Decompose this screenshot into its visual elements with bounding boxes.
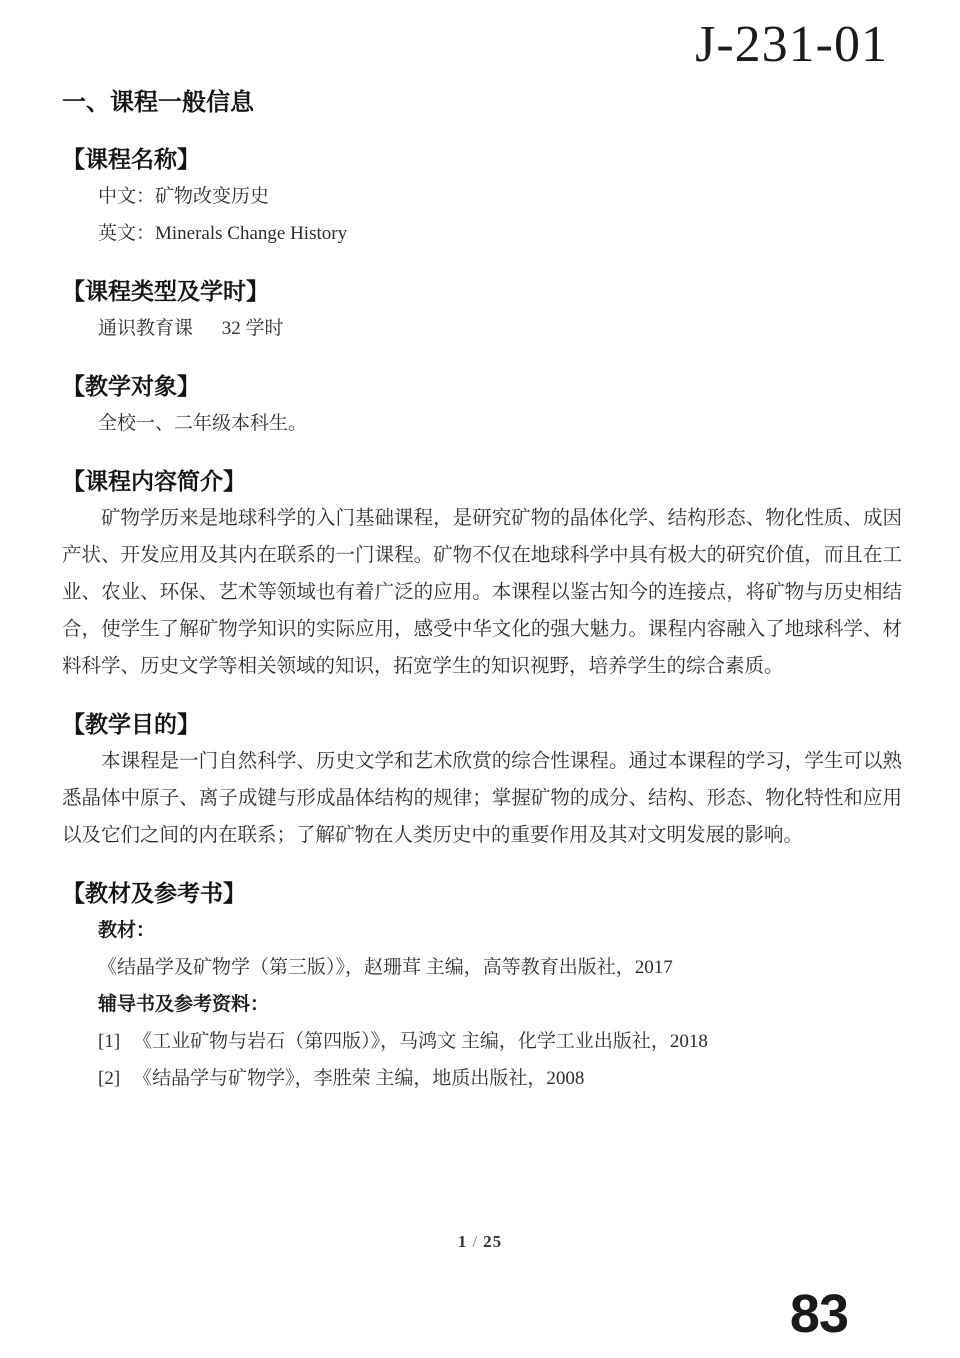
document-page: J-231-01 一、课程一般信息 【课程名称】 中文：矿物改变历史 英文：Mi… (0, 0, 960, 1358)
section-materials: 【教材及参考书】 教材： 《结晶学及矿物学（第三版）》，赵珊茸 主编，高等教育出… (62, 878, 902, 1097)
reference-label: 辅导书及参考资料： (62, 986, 902, 1023)
reference-index: [2] (98, 1068, 120, 1089)
page-separator: / (472, 1232, 478, 1251)
section-course-type: 【课程类型及学时】 通识教育课 32 学时 (62, 276, 902, 347)
audience-text: 全校一、二年级本科生。 (62, 405, 902, 442)
doc-code: J-231-01 (695, 16, 888, 74)
course-name-english: 英文：Minerals Change History (62, 215, 902, 252)
textbook-entry: 《结晶学及矿物学（第三版）》，赵珊茸 主编，高等教育出版社，2017 (62, 949, 902, 986)
page-content: 一、课程一般信息 【课程名称】 中文：矿物改变历史 英文：Minerals Ch… (62, 88, 902, 1097)
course-hours-value: 32 学时 (222, 318, 284, 339)
main-heading: 一、课程一般信息 (62, 88, 902, 118)
course-name-chinese: 中文：矿物改变历史 (62, 178, 902, 215)
section-title-intro: 【课程内容简介】 (62, 466, 902, 496)
section-course-name: 【课程名称】 中文：矿物改变历史 英文：Minerals Change Hist… (62, 144, 902, 252)
section-title-materials: 【教材及参考书】 (62, 878, 902, 908)
textbook-label: 教材： (62, 912, 902, 949)
section-title-course-name: 【课程名称】 (62, 144, 902, 174)
page-total: 25 (483, 1232, 502, 1251)
page-current: 1 (458, 1232, 468, 1251)
objectives-paragraph: 本课程是一门自然科学、历史文学和艺术欣赏的综合性课程。通过本课程的学习，学生可以… (62, 743, 902, 854)
reference-text: 《结晶学与矿物学》，李胜荣 主编，地质出版社，2008 (133, 1068, 584, 1089)
reference-text: 《工业矿物与岩石（第四版）》，马鸿文 主编，化学工业出版社，2018 (133, 1031, 708, 1052)
section-title-audience: 【教学对象】 (62, 371, 902, 401)
section-intro: 【课程内容简介】 矿物学历来是地球科学的入门基础课程，是研究矿物的晶体化学、结构… (62, 466, 902, 685)
section-objectives: 【教学目的】 本课程是一门自然科学、历史文学和艺术欣赏的综合性课程。通过本课程的… (62, 709, 902, 854)
reference-entry: [1]《工业矿物与岩石（第四版）》，马鸿文 主编，化学工业出版社，2018 (62, 1023, 902, 1060)
section-audience: 【教学对象】 全校一、二年级本科生。 (62, 371, 902, 442)
section-title-objectives: 【教学目的】 (62, 709, 902, 739)
section-title-course-type: 【课程类型及学时】 (62, 276, 902, 306)
intro-paragraph: 矿物学历来是地球科学的入门基础课程，是研究矿物的晶体化学、结构形态、物化性质、成… (62, 500, 902, 685)
reference-entry: [2]《结晶学与矿物学》，李胜荣 主编，地质出版社，2008 (62, 1060, 902, 1097)
page-indicator: 1/25 (0, 1232, 960, 1252)
corner-page-number: 83 (790, 1284, 848, 1344)
course-type-value: 通识教育课 (98, 318, 193, 339)
reference-index: [1] (98, 1031, 120, 1052)
course-type-line: 通识教育课 32 学时 (62, 310, 902, 347)
